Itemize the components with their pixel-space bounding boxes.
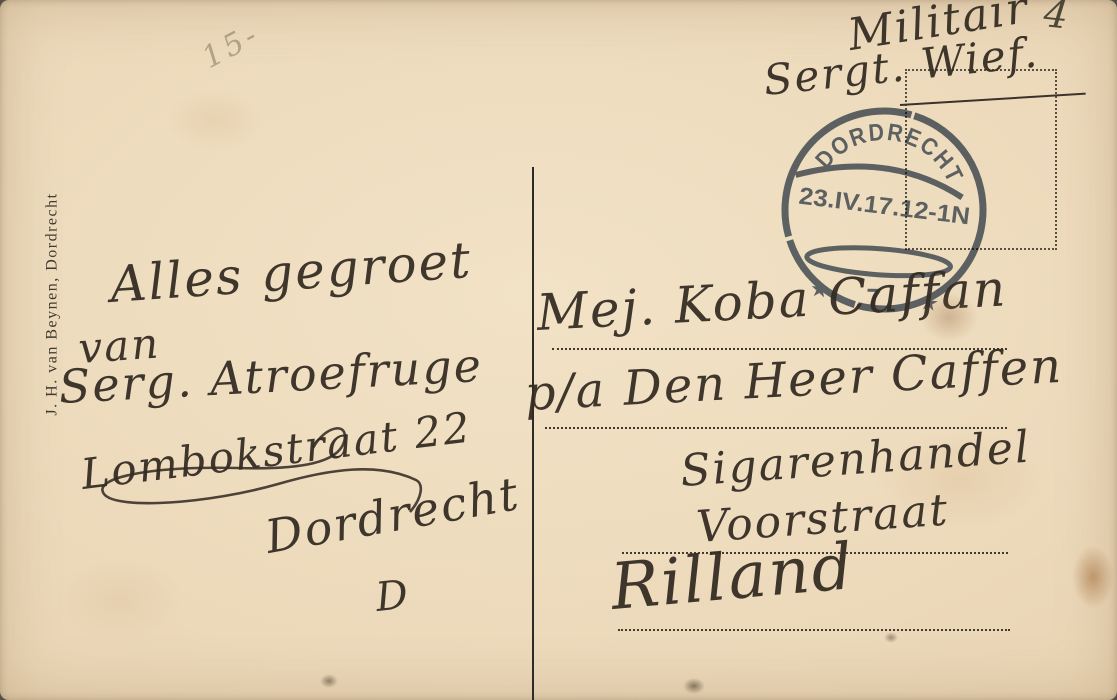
message-line: Alles gegroet [109,235,474,310]
pencil-price-mark: 15- [198,19,265,74]
foxing-spot [1072,545,1114,609]
publisher-imprint: J. H. van Beynen, Dordrecht [44,137,62,472]
postcard-back: J. H. van Beynen, Dordrecht 15- 4 DORDRE… [0,0,1117,700]
message-line: D [374,575,412,618]
center-divider-line [532,167,534,700]
corner-annotation: 4 [1042,0,1072,35]
address-line: Rilland [608,535,857,620]
foxing-spot [683,678,705,694]
foxing-spot [884,632,898,643]
address-line: Sigarenhandel [679,426,1032,494]
address-line: p/a Den Heer Caffen [523,342,1064,418]
foxing-spot [320,674,338,688]
address-rule-4 [618,629,1010,631]
